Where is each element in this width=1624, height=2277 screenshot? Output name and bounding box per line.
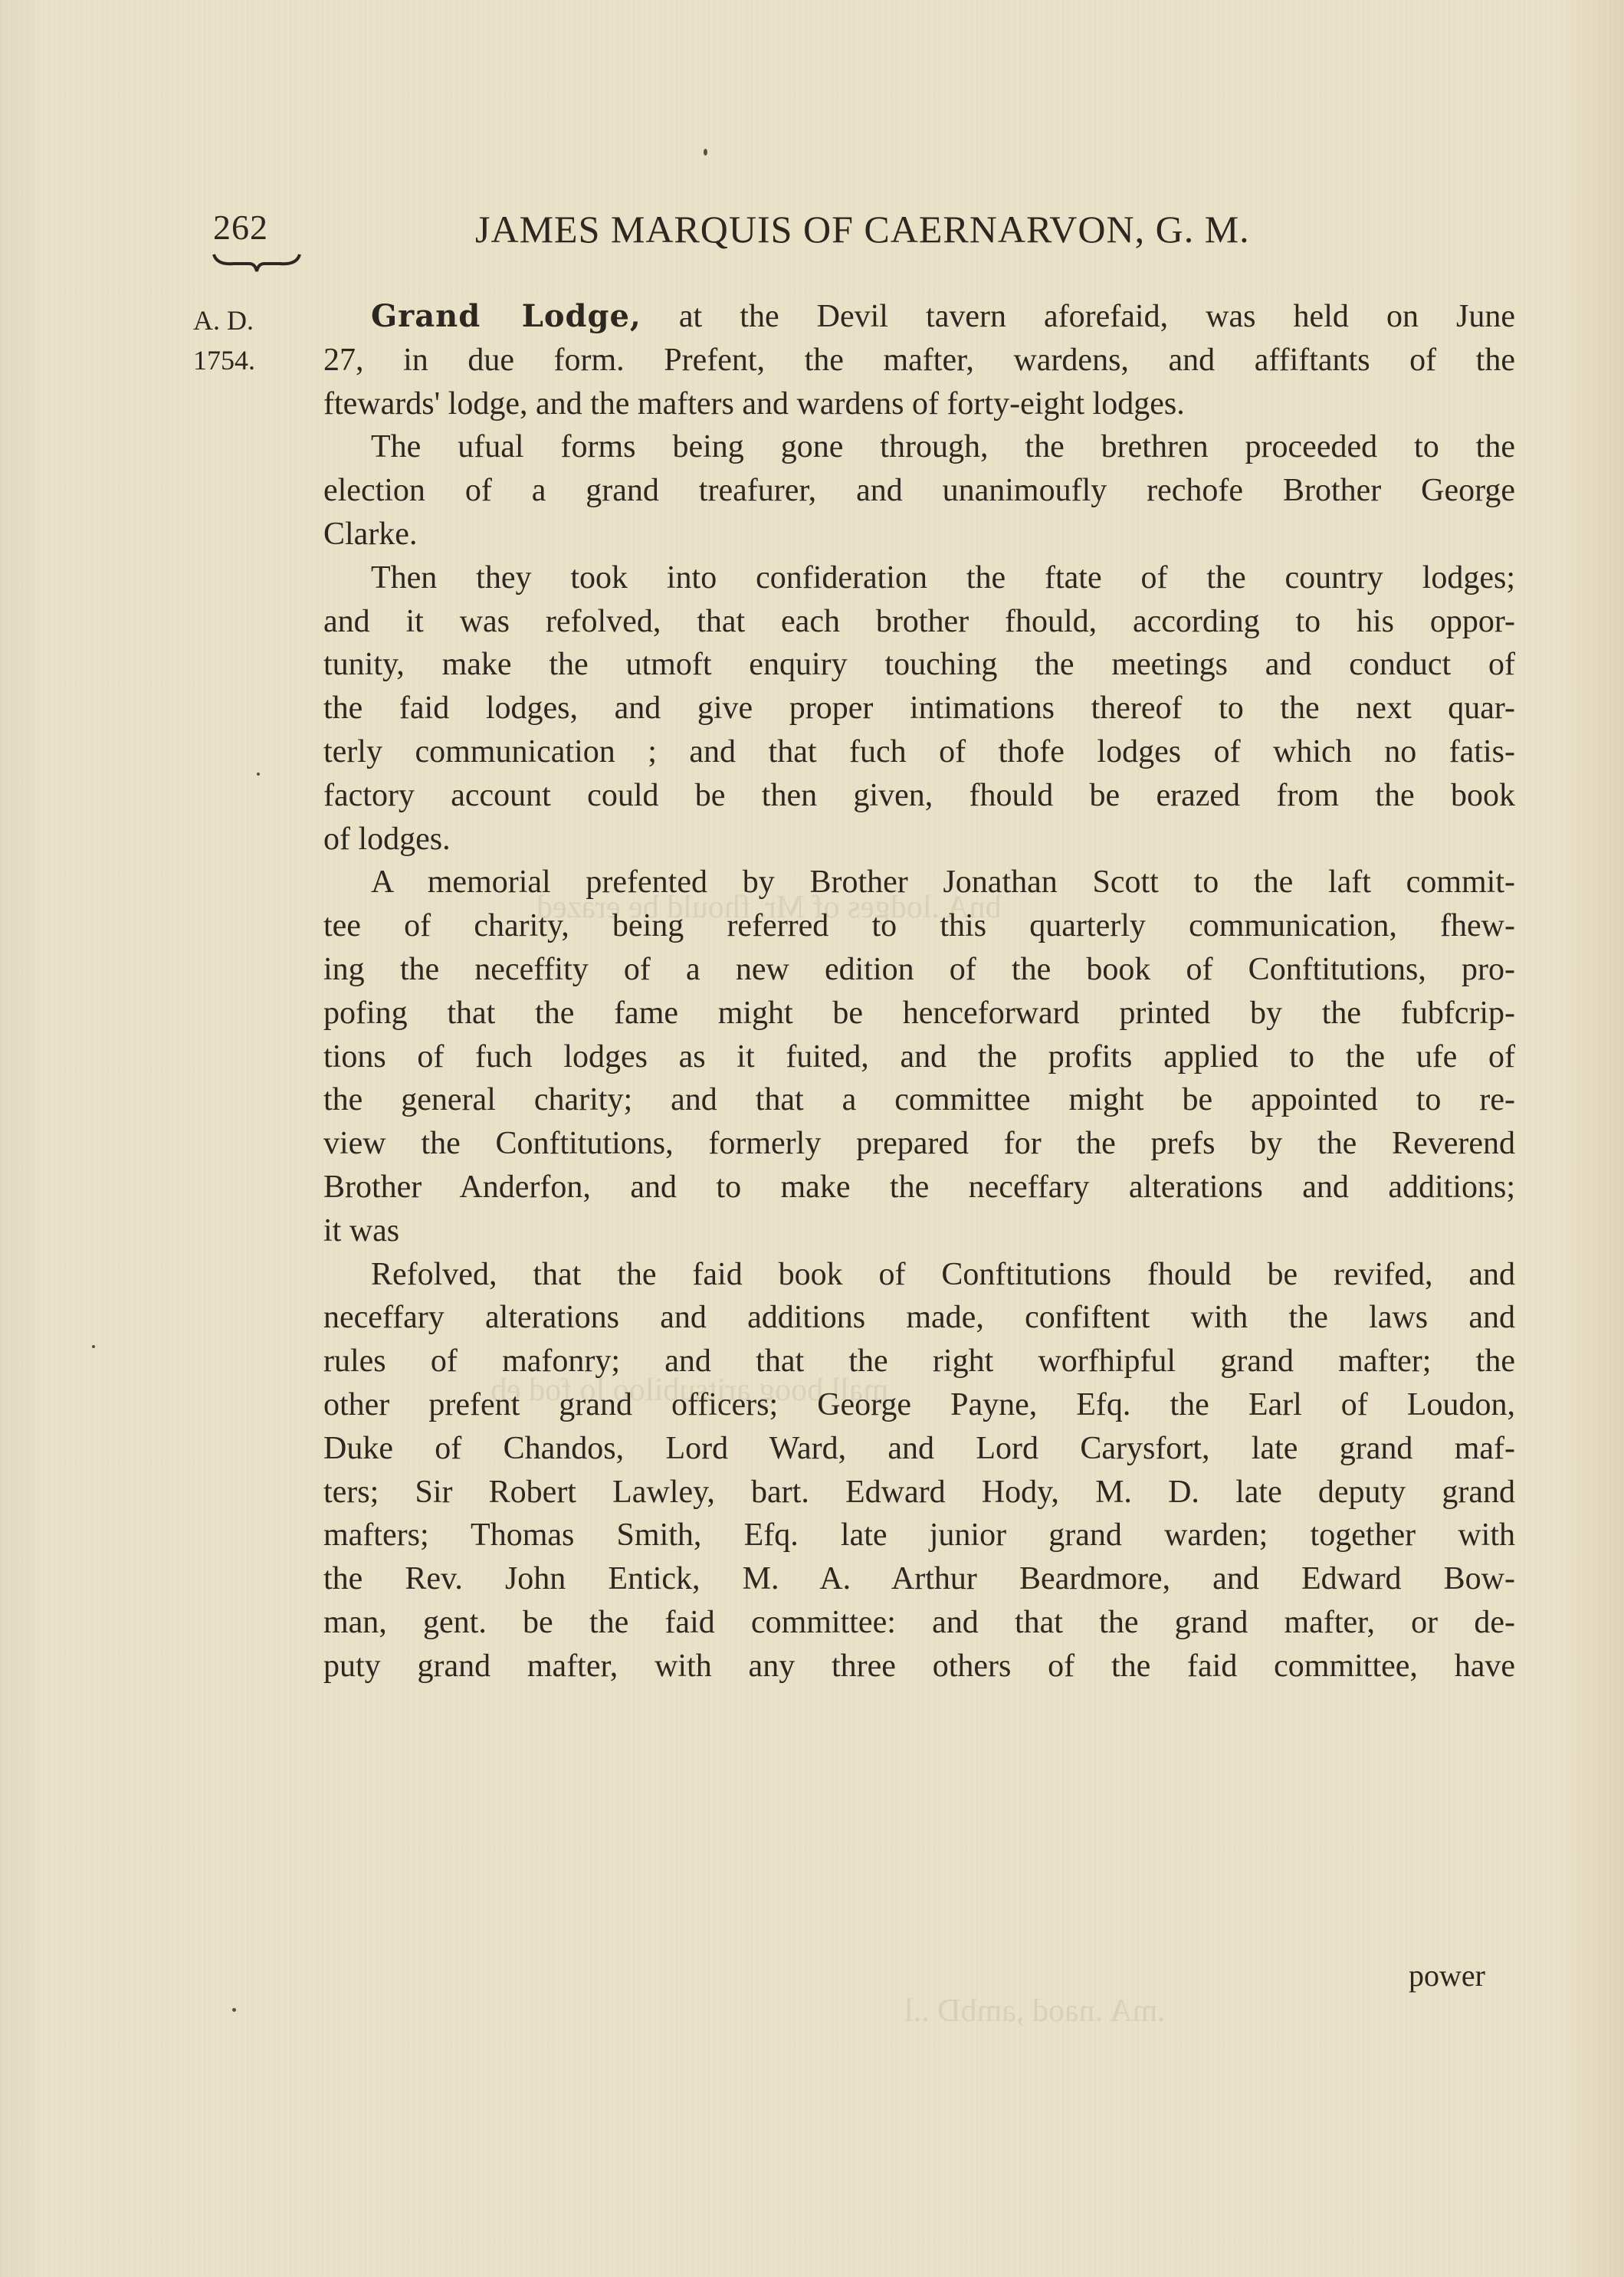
paragraph: Refolved, that the faid book of Conftitu… (323, 1253, 1515, 1688)
paragraph: The ufual forms being gone through, the … (323, 425, 1515, 556)
text-line: pofing that the fame might be henceforwa… (323, 992, 1515, 1035)
text-line: 27, in due form. Prefent, the mafter, wa… (323, 339, 1515, 382)
catchword: power (1409, 1957, 1485, 1993)
text-line: tunity, make the utmoft enquiry touching… (323, 643, 1515, 687)
paper-speck (232, 2008, 236, 2012)
text-line: Brother Anderfon, and to make the neceff… (323, 1166, 1515, 1209)
text-line: ing the neceffity of a new edition of th… (323, 948, 1515, 992)
text-line: Duke of Chandos, Lord Ward, and Lord Car… (323, 1427, 1515, 1471)
text-line: it was (323, 1209, 1515, 1253)
text-line: the faid lodges, and give proper intimat… (323, 687, 1515, 730)
text-line: ters; Sir Robert Lawley, bart. Edward Ho… (323, 1471, 1515, 1514)
text-line: terly communication ; and that fuch of t… (323, 730, 1515, 774)
body-text: Grand Lodge, at the Devil tavern aforefa… (323, 295, 1515, 1688)
book-page: bnA .lodges of Mr. fhould be erazed mall… (0, 0, 1624, 2277)
text-line: tions of fuch lodges as it fuited, and t… (323, 1035, 1515, 1079)
paragraph: A memorial prefented by Brother Jonathan… (323, 861, 1515, 1252)
text-line: A memorial prefented by Brother Jonathan… (323, 861, 1515, 904)
text-line: neceffary alterations and additions made… (323, 1296, 1515, 1340)
text-line: factory account could be then given, fho… (323, 774, 1515, 818)
margin-note-year: 1754. (193, 340, 285, 380)
text-line: the general charity; and that a committe… (323, 1078, 1515, 1122)
text-line: and it was refolved, that each brother f… (323, 600, 1515, 644)
paper-speck (257, 773, 260, 776)
running-title: JAMES MARQUIS OF CAERNARVON, G. M. (475, 207, 1250, 251)
paragraph: Grand Lodge, at the Devil tavern aforefa… (323, 295, 1515, 425)
text-line: view the Conftitutions, formerly prepare… (323, 1122, 1515, 1166)
margin-date-note: A. D. 1754. (193, 300, 285, 380)
text-line: mafters; Thomas Smith, Efq. late junior … (323, 1514, 1515, 1557)
text-line: tee of charity, being referred to this q… (323, 904, 1515, 948)
text-line: Grand Lodge, at the Devil tavern aforefa… (323, 295, 1515, 339)
text-line: man, gent. be the faid committee: and th… (323, 1601, 1515, 1645)
text-line: of lodges. (323, 818, 1515, 861)
brace-ornament-icon (211, 251, 303, 274)
show-through-text: .mA .naod ,ambD ..l (904, 1993, 1166, 2029)
text-line: election of a grand treafurer, and unani… (323, 469, 1515, 513)
blackletter-heading: Grand Lodge, (371, 298, 641, 334)
paragraph: Then they took into confideration the ft… (323, 556, 1515, 861)
paper-speck (704, 149, 707, 156)
text-line: Then they took into confideration the ft… (323, 556, 1515, 600)
text-line: Clarke. (323, 513, 1515, 556)
text-line: other prefent grand officers; George Pay… (323, 1383, 1515, 1427)
page-number: 262 (213, 207, 268, 248)
text-line: The ufual forms being gone through, the … (323, 425, 1515, 469)
text-line: the Rev. John Entick, M. A. Arthur Beard… (323, 1557, 1515, 1601)
text-line: ftewards' lodge, and the mafters and war… (323, 382, 1515, 426)
paper-speck (92, 1345, 95, 1348)
margin-note-era: A. D. (193, 300, 285, 340)
running-head: 262 JAMES MARQUIS OF CAERNARVON, G. M. (207, 207, 1426, 268)
text-line: Refolved, that the faid book of Conftitu… (323, 1253, 1515, 1297)
text-line: rules of mafonry; and that the right wor… (323, 1340, 1515, 1383)
text-line: puty grand mafter, with any three others… (323, 1645, 1515, 1688)
